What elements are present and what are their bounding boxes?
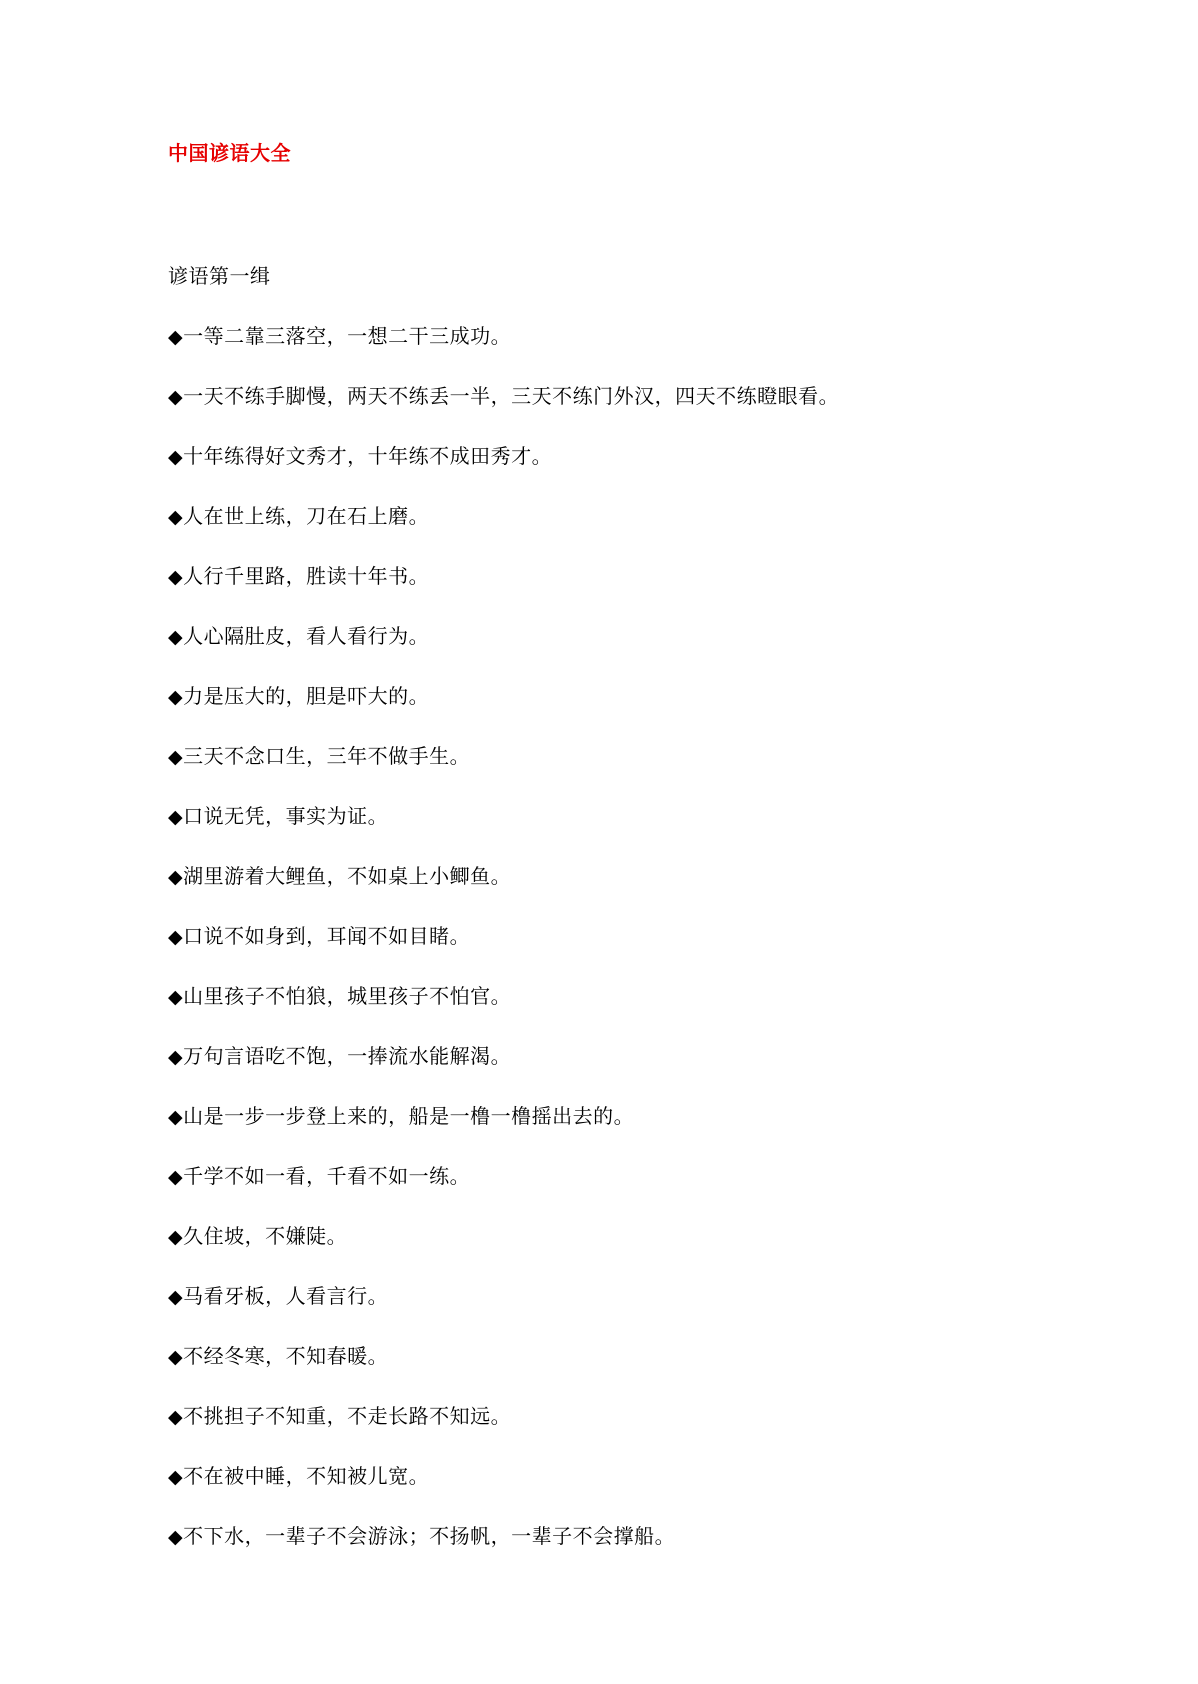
diamond-bullet-icon: ◆ (168, 566, 183, 588)
proverb-item: ◆一等二靠三落空，一想二干三成功。 (168, 326, 1108, 348)
proverb-item: ◆三天不念口生，三年不做手生。 (168, 746, 1108, 768)
proverb-text: 千学不如一看，千看不如一练。 (183, 1164, 470, 1188)
diamond-bullet-icon: ◆ (168, 1346, 183, 1368)
proverb-text: 马看牙板，人看言行。 (183, 1284, 388, 1308)
proverb-text: 山里孩子不怕狼，城里孩子不怕官。 (183, 984, 511, 1008)
diamond-bullet-icon: ◆ (168, 1166, 183, 1188)
proverb-text: 人在世上练，刀在石上磨。 (183, 504, 429, 528)
proverb-item: ◆力是压大的，胆是吓大的。 (168, 686, 1108, 708)
proverb-text: 湖里游着大鲤鱼，不如桌上小鲫鱼。 (183, 864, 511, 888)
diamond-bullet-icon: ◆ (168, 626, 183, 648)
proverb-item: ◆人在世上练，刀在石上磨。 (168, 506, 1108, 528)
diamond-bullet-icon: ◆ (168, 926, 183, 948)
proverb-text: 口说无凭，事实为证。 (183, 804, 388, 828)
document-page: 中国谚语大全 谚语第一缉 ◆一等二靠三落空，一想二干三成功。◆一天不练手脚慢，两… (0, 0, 1198, 1684)
proverb-item: ◆山里孩子不怕狼，城里孩子不怕官。 (168, 986, 1108, 1008)
diamond-bullet-icon: ◆ (168, 1046, 183, 1068)
proverb-item: ◆不在被中睡，不知被儿宽。 (168, 1466, 1108, 1488)
proverb-item: ◆不经冬寒，不知春暖。 (168, 1346, 1108, 1368)
proverb-text: 人行千里路，胜读十年书。 (183, 564, 429, 588)
proverb-item: ◆口说无凭，事实为证。 (168, 806, 1108, 828)
diamond-bullet-icon: ◆ (168, 1226, 183, 1248)
proverb-text: 力是压大的，胆是吓大的。 (183, 684, 429, 708)
document-title: 中国谚语大全 (168, 143, 1108, 164)
diamond-bullet-icon: ◆ (168, 746, 183, 768)
diamond-bullet-icon: ◆ (168, 806, 183, 828)
diamond-bullet-icon: ◆ (168, 386, 183, 408)
proverb-item: ◆十年练得好文秀才，十年练不成田秀才。 (168, 446, 1108, 468)
proverb-item: ◆山是一步一步登上来的，船是一橹一橹摇出去的。 (168, 1106, 1108, 1128)
section-heading: 谚语第一缉 (168, 266, 1108, 287)
diamond-bullet-icon: ◆ (168, 1286, 183, 1308)
proverb-text: 不经冬寒，不知春暖。 (183, 1344, 388, 1368)
diamond-bullet-icon: ◆ (168, 986, 183, 1008)
proverb-list: ◆一等二靠三落空，一想二干三成功。◆一天不练手脚慢，两天不练丢一半，三天不练门外… (168, 326, 1108, 1548)
diamond-bullet-icon: ◆ (168, 1406, 183, 1428)
proverb-item: ◆湖里游着大鲤鱼，不如桌上小鲫鱼。 (168, 866, 1108, 888)
diamond-bullet-icon: ◆ (168, 866, 183, 888)
diamond-bullet-icon: ◆ (168, 326, 183, 348)
diamond-bullet-icon: ◆ (168, 1466, 183, 1488)
proverb-item: ◆不挑担子不知重，不走长路不知远。 (168, 1406, 1108, 1428)
proverb-text: 人心隔肚皮，看人看行为。 (183, 624, 429, 648)
proverb-text: 不在被中睡，不知被儿宽。 (183, 1464, 429, 1488)
proverb-text: 不挑担子不知重，不走长路不知远。 (183, 1404, 511, 1428)
proverb-text: 十年练得好文秀才，十年练不成田秀才。 (183, 444, 552, 468)
proverb-item: ◆马看牙板，人看言行。 (168, 1286, 1108, 1308)
proverb-item: ◆万句言语吃不饱，一捧流水能解渴。 (168, 1046, 1108, 1068)
proverb-text: 万句言语吃不饱，一捧流水能解渴。 (183, 1044, 511, 1068)
diamond-bullet-icon: ◆ (168, 686, 183, 708)
diamond-bullet-icon: ◆ (168, 446, 183, 468)
proverb-item: ◆口说不如身到，耳闻不如目睹。 (168, 926, 1108, 948)
proverb-item: ◆久住坡，不嫌陡。 (168, 1226, 1108, 1248)
proverb-text: 三天不念口生，三年不做手生。 (183, 744, 470, 768)
proverb-item: ◆一天不练手脚慢，两天不练丢一半，三天不练门外汉，四天不练瞪眼看。 (168, 386, 1108, 408)
proverb-item: ◆千学不如一看，千看不如一练。 (168, 1166, 1108, 1188)
proverb-text: 一等二靠三落空，一想二干三成功。 (183, 324, 511, 348)
proverb-text: 一天不练手脚慢，两天不练丢一半，三天不练门外汉，四天不练瞪眼看。 (183, 384, 839, 408)
proverb-text: 山是一步一步登上来的，船是一橹一橹摇出去的。 (183, 1104, 634, 1128)
proverb-text: 久住坡，不嫌陡。 (183, 1224, 347, 1248)
proverb-text: 口说不如身到，耳闻不如目睹。 (183, 924, 470, 948)
proverb-item: ◆人行千里路，胜读十年书。 (168, 566, 1108, 588)
proverb-item: ◆不下水，一辈子不会游泳；不扬帆，一辈子不会撑船。 (168, 1526, 1108, 1548)
diamond-bullet-icon: ◆ (168, 1526, 183, 1548)
diamond-bullet-icon: ◆ (168, 1106, 183, 1128)
proverb-text: 不下水，一辈子不会游泳；不扬帆，一辈子不会撑船。 (183, 1524, 675, 1548)
diamond-bullet-icon: ◆ (168, 506, 183, 528)
proverb-item: ◆人心隔肚皮，看人看行为。 (168, 626, 1108, 648)
